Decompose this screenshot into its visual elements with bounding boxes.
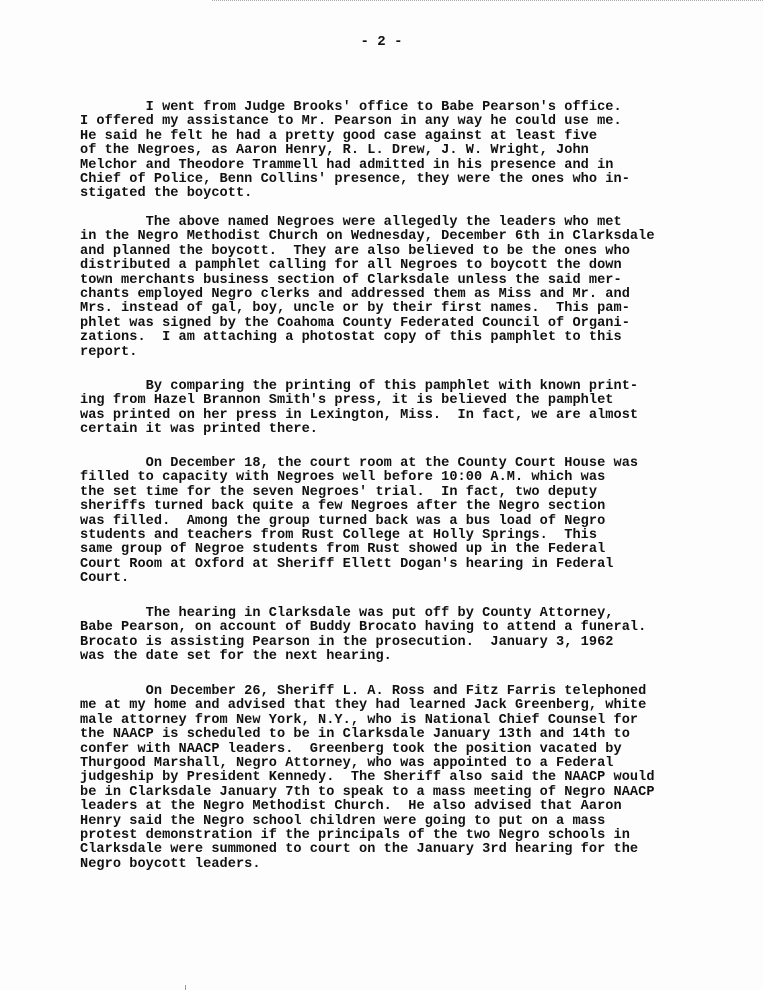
text-line: and planned the boycott. They are also b… (80, 245, 720, 259)
text-line: Court. (80, 572, 720, 586)
text-line: I offered my assistance to Mr. Pearson i… (80, 115, 720, 129)
text-line: town merchants business section of Clark… (80, 274, 720, 288)
paragraph-judge-brooks-office: I went from Judge Brooks' office to Babe… (80, 101, 720, 202)
text-line: The hearing in Clarksdale was put off by… (80, 607, 720, 621)
text-line: Henry said the Negro school children wer… (80, 815, 720, 829)
text-line: leaders at the Negro Methodist Church. H… (80, 800, 720, 814)
text-line: in the Negro Methodist Church on Wednesd… (80, 230, 720, 244)
paragraph-pamphlet-printing: By comparing the printing of this pamphl… (80, 380, 720, 438)
text-line: ing from Hazel Brannon Smith's press, it… (80, 394, 720, 408)
text-line: me at my home and advised that they had … (80, 699, 720, 713)
text-line: was the date set for the next hearing. (80, 650, 720, 664)
top-dotted-rule (212, 0, 763, 1)
scan-mark (185, 985, 186, 990)
text-line: protest demonstration if the principals … (80, 829, 720, 843)
text-line: He said he felt he had a pretty good cas… (80, 130, 720, 144)
text-line: By comparing the printing of this pamphl… (80, 380, 720, 394)
paragraph-methodist-church-meeting: The above named Negroes were allegedly t… (80, 216, 720, 360)
text-line: of the Negroes, as Aaron Henry, R. L. Dr… (80, 144, 720, 158)
text-line: Mrs. instead of gal, boy, uncle or by th… (80, 302, 720, 316)
text-line: was filled. Among the group turned back … (80, 515, 720, 529)
text-line: sheriffs turned back quite a few Negroes… (80, 500, 720, 514)
text-line: certain it was printed there. (80, 423, 720, 437)
text-line: confer with NAACP leaders. Greenberg too… (80, 743, 720, 757)
text-line: The above named Negroes were allegedly t… (80, 216, 720, 230)
text-line: report. (80, 346, 720, 360)
text-line: be in Clarksdale January 7th to speak to… (80, 786, 720, 800)
text-line: chants employed Negro clerks and address… (80, 288, 720, 302)
text-line: was printed on her press in Lexington, M… (80, 409, 720, 423)
text-line: Melchor and Theodore Trammell had admitt… (80, 159, 720, 173)
text-line: students and teachers from Rust College … (80, 529, 720, 543)
paragraph-court-room-december-18: On December 18, the court room at the Co… (80, 457, 720, 587)
paragraph-hearing-postponed: The hearing in Clarksdale was put off by… (80, 607, 720, 665)
text-line: Brocato is assisting Pearson in the pros… (80, 636, 720, 650)
text-line: Chief of Police, Benn Collins' presence,… (80, 173, 720, 187)
page-number: - 2 - (0, 34, 763, 50)
text-line: Thurgood Marshall, Negro Attorney, who w… (80, 757, 720, 771)
text-line: filled to capacity with Negroes well bef… (80, 471, 720, 485)
text-line: Clarksdale were summoned to court on the… (80, 843, 720, 857)
text-line: the NAACP is scheduled to be in Clarksda… (80, 728, 720, 742)
text-line: Court Room at Oxford at Sheriff Ellett D… (80, 558, 720, 572)
text-line: stigated the boycott. (80, 187, 720, 201)
text-line: judgeship by President Kennedy. The Sher… (80, 771, 720, 785)
text-line: zations. I am attaching a photostat copy… (80, 331, 720, 345)
text-line: On December 18, the court room at the Co… (80, 457, 720, 471)
text-line: male attorney from New York, N.Y., who i… (80, 714, 720, 728)
text-line: On December 26, Sheriff L. A. Ross and F… (80, 685, 720, 699)
paragraph-december-26-telephone: On December 26, Sheriff L. A. Ross and F… (80, 685, 720, 872)
text-line: same group of Negroe students from Rust … (80, 543, 720, 557)
text-line: Negro boycott leaders. (80, 858, 720, 872)
text-line: Babe Pearson, on account of Buddy Brocat… (80, 621, 720, 635)
text-line: I went from Judge Brooks' office to Babe… (80, 101, 720, 115)
text-line: phlet was signed by the Coahoma County F… (80, 317, 720, 331)
text-line: the set time for the seven Negroes' tria… (80, 486, 720, 500)
text-line: distributed a pamphlet calling for all N… (80, 259, 720, 273)
